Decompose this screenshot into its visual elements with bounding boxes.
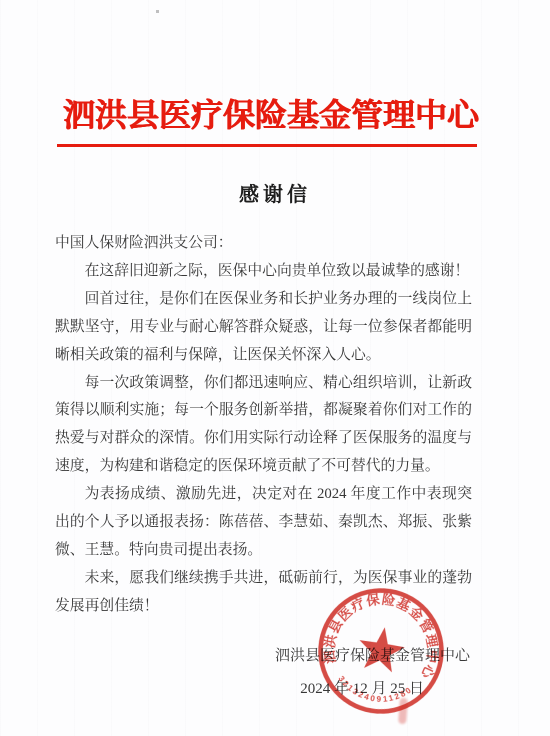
letterhead-rule <box>57 144 477 147</box>
letterhead-org-name: 泗洪县医疗保险基金管理中心 <box>0 90 542 136</box>
scanned-letter-page: 泗洪县医疗保险基金管理中心 感谢信 中国人保财险泗洪支公司： 在这辞旧迎新之际，… <box>0 0 550 736</box>
paragraph-review: 回首过往，是你们在医保业务和长护业务办理的一线岗位上默默坚守，用专业与耐心解答群… <box>55 286 472 370</box>
signature-org: 泗洪县医疗保险基金管理中心 <box>0 642 550 670</box>
recipient-line: 中国人保财险泗洪支公司： <box>55 230 472 258</box>
seal-star-icon <box>355 624 407 674</box>
scan-speck <box>156 10 159 13</box>
letter-body: 中国人保财险泗洪支公司： 在这辞旧迎新之际，医保中心向贵单位致以最诚挚的感谢！ … <box>55 230 472 621</box>
signature-date: 2024 年 12 月 25 日 <box>0 675 550 703</box>
letter-title: 感谢信 <box>0 178 550 207</box>
paragraph-commendation: 为表扬成绩、激励先进，决定对在 2024 年度工作中表现突出的个人予以通报表扬：… <box>55 481 472 565</box>
signature-block: 泗洪县医疗保险基金管理中心 2024 年 12 月 25 日 <box>0 642 550 703</box>
official-seal: 泗洪县医疗保险基金管理中心 3213240911280 <box>307 577 456 726</box>
paragraph-policy: 每一次政策调整，你们都迅速响应、精心组织培训，让新政策得以顺利实施；每一个服务创… <box>55 370 472 482</box>
paragraph-greeting: 在这辞旧迎新之际，医保中心向贵单位致以最诚挚的感谢！ <box>55 258 472 286</box>
